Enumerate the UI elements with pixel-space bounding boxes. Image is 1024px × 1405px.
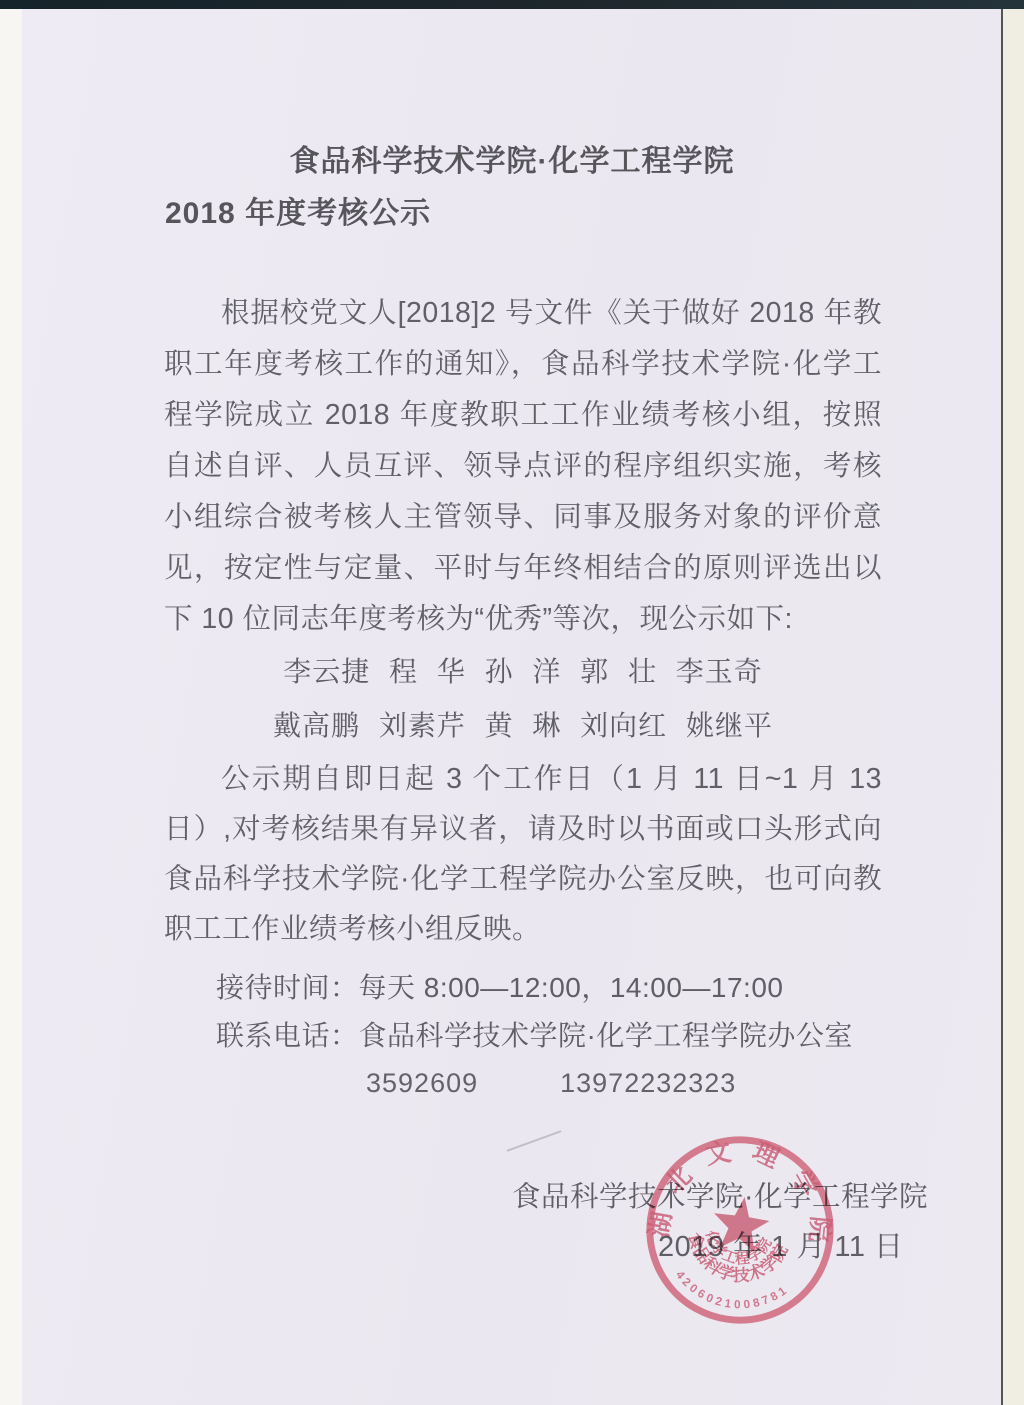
contact-line: 联系电话：食品科学技术学院·化学工程学院办公室 [216, 1014, 853, 1054]
document-heading: 2018 年度考核公示 [165, 188, 431, 232]
phone-number-office: 3592609 [366, 1068, 478, 1099]
phone-number-mobile: 13972232323 [560, 1068, 736, 1099]
awardee-names-row1: 李云捷 程 华 孙 洋 郭 壮 李玉奇 [164, 645, 882, 699]
official-red-seal: 湖北文理学院 食品科学技术学院 化学工程学院 4206021008781 [629, 1119, 850, 1340]
document-title: 食品科学技术学院·化学工程学院 [132, 136, 892, 180]
objection-paragraph: 公示期自即日起 3 个工作日（1 月 11 日~1 月 13 日）,对考核结果有… [164, 754, 882, 954]
phone-numbers: 3592609 13972232323 [366, 1068, 736, 1099]
awardee-names: 李云捷 程 华 孙 洋 郭 壮 李玉奇 戴高鹏 刘素芹 黄 琳 刘向红 姚继平 [164, 645, 882, 753]
scanned-page: 食品科学技术学院·化学工程学院 2018 年度考核公示 根据校党文人[2018]… [0, 0, 1024, 1405]
intro-paragraph: 根据校党文人[2018]2 号文件《关于做好 2018 年教职工年度考核工作的通… [164, 288, 882, 645]
notice-document: 食品科学技术学院·化学工程学院 2018 年度考核公示 根据校党文人[2018]… [0, 0, 1024, 1405]
reception-time-line: 接待时间：每天 8:00—12:00，14:00—17:00 [216, 966, 783, 1006]
awardee-names-row2: 戴高鹏 刘素芹 黄 琳 刘向红 姚继平 [164, 699, 882, 753]
